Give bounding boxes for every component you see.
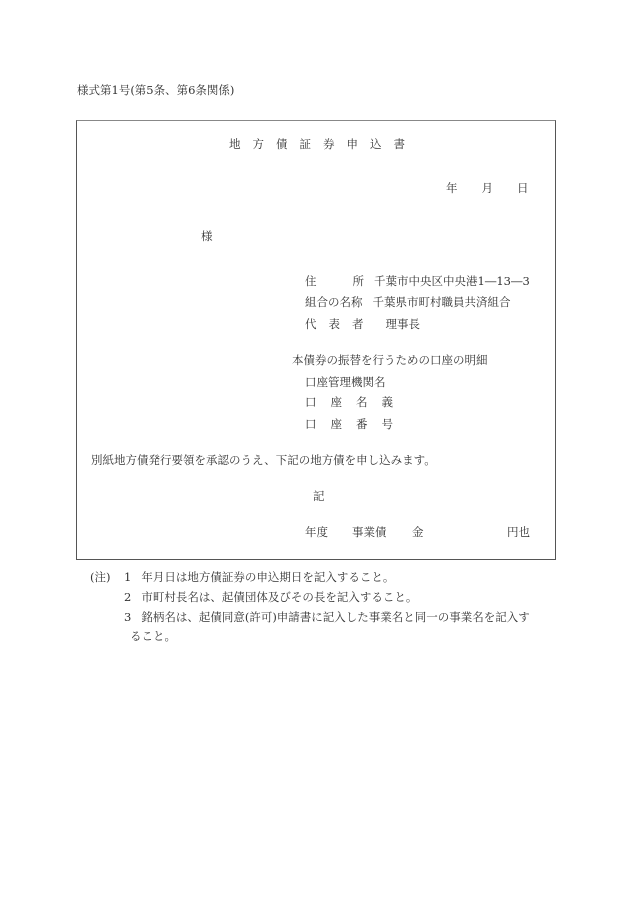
title-char: 債: [276, 137, 288, 151]
number-label: 号: [382, 417, 394, 431]
title-char: 地: [229, 137, 241, 151]
rep-label: 表: [329, 317, 341, 331]
amount-suffix: 円也: [507, 527, 530, 539]
address-label: 所: [353, 274, 365, 288]
rep-label: 代: [305, 317, 317, 331]
number-label: 座: [331, 417, 343, 431]
note-item: 3銘柄名は、起債同意(許可)申請書に記入した事業名と同一の事業名を記入す: [124, 612, 530, 624]
note-number: 1: [124, 570, 131, 584]
rep-label: 者: [352, 317, 364, 331]
address-value: 千葉市中央区中央港1―13―3: [374, 274, 530, 288]
note-number: 3: [124, 610, 131, 624]
note-text: 銘柄名は、起債同意(許可)申請書に記入した事業名と同一の事業名を記入す: [141, 610, 529, 624]
union-name-value: 千葉県市町村職員共済組合: [373, 295, 511, 309]
note-text: 市町村長名は、起債団体及びその長を記入すること。: [141, 590, 417, 604]
note-text: 年月日は地方債証券の申込期日を記入すること。: [141, 570, 394, 584]
application-form-box: 地方債証券申込書 年月日 様 住所千葉市中央区中央港1―13―3 組合の名称千葉…: [76, 120, 556, 560]
union-name-label: 組合の名称: [305, 295, 363, 309]
address-row: 住所千葉市中央区中央港1―13―3: [305, 276, 530, 288]
ki-marker: 記: [313, 491, 325, 503]
date-month: 月: [482, 181, 494, 195]
addressee-suffix: 様: [201, 231, 213, 243]
form-title: 地方債証券申込書: [229, 139, 405, 151]
date-year: 年: [446, 181, 458, 195]
title-char: 書: [394, 137, 406, 151]
number-label: 番: [356, 417, 368, 431]
amount-prefix: 金: [412, 527, 424, 539]
notes-label: (注): [90, 572, 110, 584]
account-holder-row: 口座名義: [305, 397, 393, 409]
account-institution-label: 口座管理機関名: [305, 377, 386, 389]
date-field: 年月日: [446, 183, 529, 195]
rep-value: 理事長: [386, 317, 421, 331]
union-name-row: 組合の名称千葉県市町村職員共済組合: [305, 297, 511, 309]
date-day: 日: [517, 181, 529, 195]
account-number-row: 口座番号: [305, 419, 393, 431]
application-statement: 別紙地方債発行要領を承認のうえ、下記の地方債を申し込みます。: [91, 455, 436, 467]
note-number: 2: [124, 590, 131, 604]
address-label: 住: [305, 274, 317, 288]
project-bond-label: 事業債: [352, 527, 387, 539]
fiscal-year-label: 年度: [305, 527, 328, 539]
holder-label: 口: [305, 395, 317, 409]
holder-label: 義: [382, 395, 394, 409]
title-char: 券: [323, 137, 335, 151]
title-char: 方: [253, 137, 265, 151]
representative-row: 代表者理事長: [305, 319, 420, 331]
holder-label: 座: [331, 395, 343, 409]
note-continuation: ること。: [130, 631, 176, 643]
form-number: 様式第1号(第5条、第6条関係): [77, 85, 234, 97]
note-item: 2市町村長名は、起債団体及びその長を記入すること。: [124, 592, 417, 604]
title-char: 証: [300, 137, 312, 151]
title-char: 込: [370, 137, 382, 151]
title-char: 申: [347, 137, 359, 151]
account-heading: 本債券の振替を行うための口座の明細: [292, 355, 488, 367]
holder-label: 名: [356, 395, 368, 409]
number-label: 口: [305, 417, 317, 431]
note-item: 1年月日は地方債証券の申込期日を記入すること。: [124, 572, 394, 584]
